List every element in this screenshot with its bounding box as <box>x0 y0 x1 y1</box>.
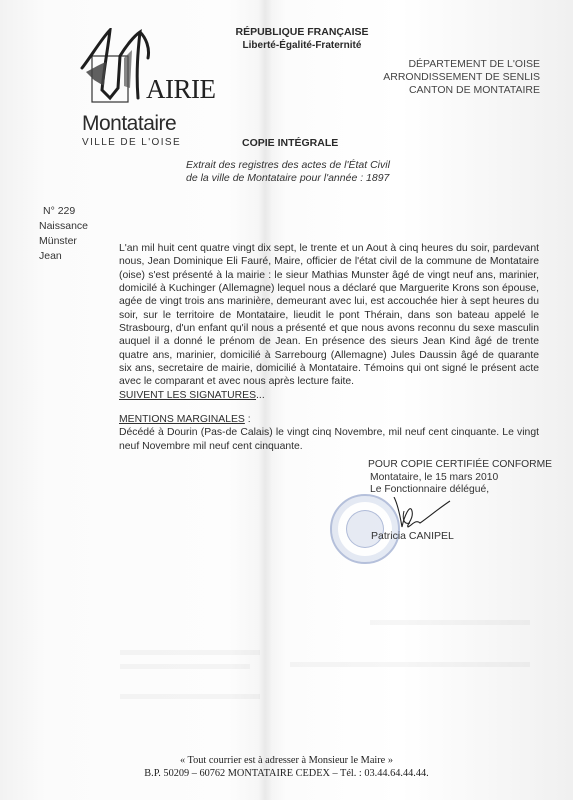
mentions-heading: MENTIONS MARGINALES : <box>119 413 539 426</box>
certification-heading: POUR COPIE CERTIFIÉE CONFORME <box>368 459 552 472</box>
signatory-name: Patricia CANIPEL <box>371 530 454 542</box>
logo-subtitle: VILLE DE L'OISE <box>82 137 181 148</box>
certification-block: POUR COPIE CERTIFIÉE CONFORME Montataire… <box>368 459 552 497</box>
footer-address: B.P. 50209 – 60762 MONTATAIRE CEDEX – Té… <box>0 767 573 780</box>
extract-line: de la ville de Montataire pour l'année :… <box>186 172 390 185</box>
document-title: COPIE INTÉGRALE <box>242 137 338 149</box>
mentions-text: Décédé à Dourin (Pas-de Calais) le vingt… <box>119 426 539 453</box>
canton-line: CANTON DE MONTATAIRE <box>383 84 540 97</box>
republic-motto: Liberté-Égalité-Fraternité <box>222 39 382 52</box>
arrondissement-line: ARRONDISSEMENT DE SENLIS <box>383 71 540 84</box>
signature-icon <box>392 497 452 533</box>
certification-role: Le Fonctionnaire délégué, <box>370 484 552 497</box>
logo-wordmark: AIRIE <box>146 74 215 105</box>
mairie-logo: AIRIE Montataire VILLE DE L'OISE <box>80 28 220 148</box>
extract-line: Extrait des registres des actes de l'Éta… <box>186 159 390 172</box>
act-body: L'an mil huit cent quatre vingt dix sept… <box>119 242 539 402</box>
administration-block: DÉPARTEMENT DE L'OISE ARRONDISSEMENT DE … <box>383 58 540 97</box>
mentions-label: MENTIONS MARGINALES <box>119 414 245 425</box>
signatures-suffix: ... <box>256 390 265 401</box>
extract-subtitle: Extrait des registres des actes de l'Éta… <box>186 159 390 185</box>
republic-title: RÉPUBLIQUE FRANÇAISE <box>222 26 382 39</box>
act-surname: Münster <box>39 234 88 249</box>
footer-notice: « Tout courrier est à adresser à Monsieu… <box>0 754 573 767</box>
bleed-through <box>120 664 250 669</box>
bleed-through <box>370 620 530 625</box>
department-line: DÉPARTEMENT DE L'OISE <box>383 58 540 71</box>
act-text: L'an mil huit cent quatre vingt dix sept… <box>119 242 539 389</box>
bleed-through <box>120 694 260 699</box>
act-number: N° 229 <box>43 204 88 219</box>
bleed-through <box>290 662 530 667</box>
act-reference: N° 229 Naissance Münster Jean <box>39 204 88 264</box>
act-given-name: Jean <box>39 249 88 264</box>
logo-town-name: Montataire <box>82 112 176 136</box>
act-type: Naissance <box>39 219 88 234</box>
footer: « Tout courrier est à adresser à Monsieu… <box>0 754 573 780</box>
marginal-mentions: MENTIONS MARGINALES : Décédé à Dourin (P… <box>119 413 539 453</box>
certification-place-date: Montataire, le 15 mars 2010 <box>370 472 552 485</box>
signatures-line: SUIVENT LES SIGNATURES... <box>119 389 539 402</box>
republic-header: RÉPUBLIQUE FRANÇAISE Liberté-Égalité-Fra… <box>222 26 382 52</box>
signatures-label: SUIVENT LES SIGNATURES <box>119 390 256 401</box>
mentions-suffix: : <box>245 414 251 425</box>
official-seal-icon <box>330 494 400 564</box>
bleed-through <box>120 650 260 655</box>
